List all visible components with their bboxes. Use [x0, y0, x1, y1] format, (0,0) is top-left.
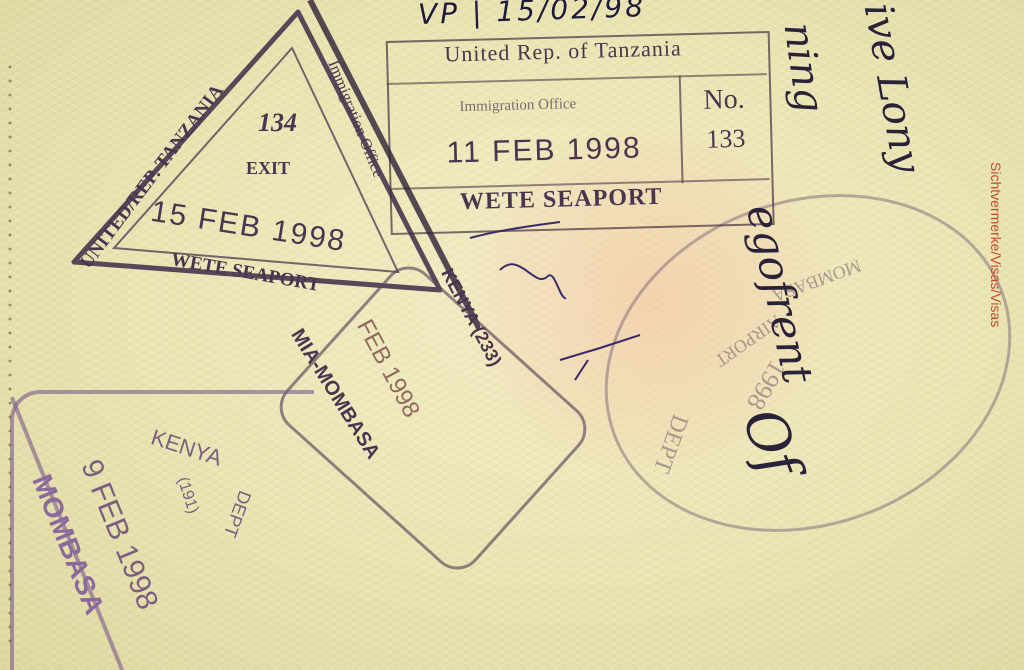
visa-page-label: Sichtvermerke/Visas/Visas: [988, 162, 1004, 327]
passport-page: MOMBASA AIRPORT 1998 DEPT United Rep. of…: [0, 0, 1024, 670]
